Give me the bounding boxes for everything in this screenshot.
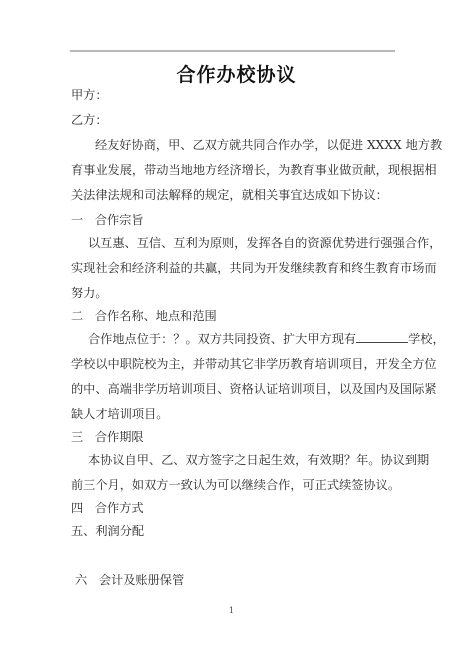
section-title: 会计及账册保管 [99, 573, 184, 587]
intro-line: 关法律法规和司法解释的规定，就相关事宜达成如下协议： [71, 187, 388, 203]
section-number: 六 [75, 572, 95, 588]
text-segment: 合作地点位于：？。双方共同投资、扩大甲方现有 [88, 332, 356, 346]
section-heading-3: 三 合作期限 [71, 429, 144, 445]
section-line: 的中、高端非学历培训项目、资格认证培训项目，以及国内及国际紧 [71, 381, 437, 397]
section-number: 二 [71, 308, 91, 324]
section-heading-6: 六 会计及账册保管 [75, 572, 184, 588]
intro-line: 育事业发展，带动当地地方经济增长，为教育事业做贡献，现根据相 [71, 162, 437, 178]
section-number: 一 [71, 212, 91, 228]
section-title: 合作宗旨 [95, 213, 144, 227]
section-line: 本协议自甲、乙、双方签字之日起生效，有效期？年。协议到期 [88, 452, 429, 468]
section-title: 合作名称、地点和范围 [95, 309, 217, 323]
document-title: 合作办校协议 [0, 60, 463, 87]
section-line: 努力。 [71, 285, 108, 301]
section-title: 合作方式 [95, 501, 144, 515]
text-segment: 学校， [408, 332, 445, 346]
header-rule [70, 50, 395, 52]
fill-in-blank [356, 331, 408, 343]
section-line: 实现社会和经济利益的共赢，共同为开发继续教育和终生教育市场而 [71, 260, 437, 276]
section-line: 合作地点位于：？。双方共同投资、扩大甲方现有学校， [88, 331, 445, 347]
section-heading-4: 四 合作方式 [71, 500, 144, 516]
intro-line: 经友好协商，甲、乙双方就共同合作办学，以促进 XXXX 地方教 [95, 137, 442, 153]
section-line: 前三个月，如双方一致认为可以继续合作，可正式续签协议。 [71, 477, 400, 493]
section-number: 五、 [71, 524, 95, 538]
section-line: 学校以中职院校为主，并带动其它非学历教育培训项目，开发全方位 [71, 356, 437, 372]
party-a-label: 甲方： [71, 87, 108, 103]
section-line: 缺人才培训项目。 [71, 406, 169, 422]
section-line: 以互惠、互信、互利为原则，发挥各自的资源优势进行强强合作， [88, 235, 441, 251]
section-heading-1: 一 合作宗旨 [71, 212, 144, 228]
section-number: 四 [71, 500, 91, 516]
section-heading-5: 五、利润分配 [71, 523, 144, 539]
section-heading-2: 二 合作名称、地点和范围 [71, 308, 217, 324]
section-title: 合作期限 [95, 430, 144, 444]
section-number: 三 [71, 429, 91, 445]
section-title: 利润分配 [95, 524, 144, 538]
party-b-label: 乙方： [71, 112, 108, 128]
page-number: 1 [229, 606, 234, 615]
